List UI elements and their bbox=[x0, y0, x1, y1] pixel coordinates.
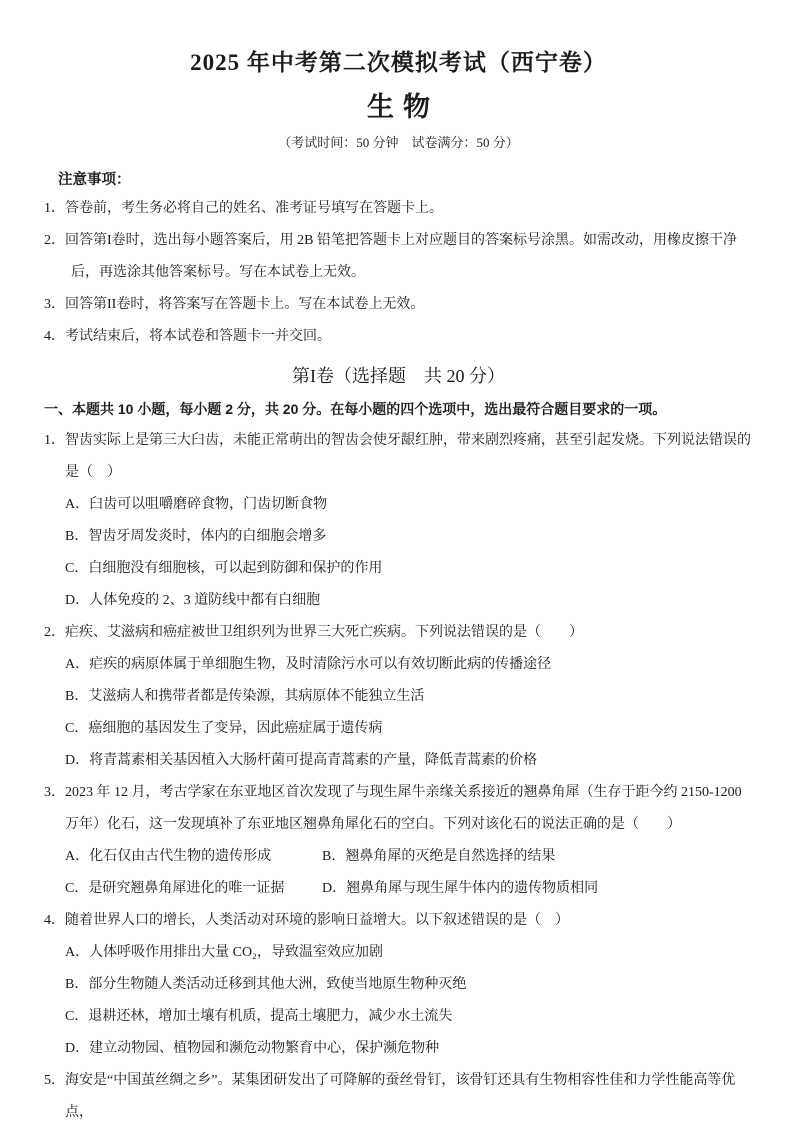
question-3: 3．2023 年 12 月，考古学家在东亚地区首次发现了与现生犀牛亲缘关系接近的… bbox=[44, 777, 753, 905]
question-2-option-c: C．癌细胞的基因发生了变异，因此癌症属于遗传病 bbox=[65, 713, 753, 745]
question-1-option-c: C．白细胞没有细胞核，可以起到防御和保护的作用 bbox=[65, 553, 753, 585]
questions-section: 1．智齿实际上是第三大臼齿，未能正常萌出的智齿会使牙龈红肿，带来剧烈疼痛，甚至引… bbox=[44, 425, 753, 1122]
question-2-option-a: A．疟疾的病原体属于单细胞生物，及时清除污水可以有效切断此病的传播途径 bbox=[65, 649, 753, 681]
question-5: 5．海安是“中国茧丝绸之乡”。某集团研发出了可降解的蚕丝骨钉，该骨钉还具有生物相… bbox=[44, 1065, 753, 1122]
question-2-options: A．疟疾的病原体属于单细胞生物，及时清除污水可以有效切断此病的传播途径 B．艾滋… bbox=[44, 649, 753, 777]
notice-item-2: 2．回答第I卷时，选出每小题答案后，用 2B 铅笔把答题卡上对应题目的答案标号涂… bbox=[44, 225, 753, 289]
question-3-option-b: B．翘鼻角犀的灭绝是自然选择的结果 bbox=[322, 841, 753, 873]
question-5-stem: 5．海安是“中国茧丝绸之乡”。某集团研发出了可降解的蚕丝骨钉，该骨钉还具有生物相… bbox=[44, 1065, 753, 1122]
exam-paper: 2025 年中考第二次模拟考试（西宁卷） 生物 （考试时间：50 分钟 试卷满分… bbox=[0, 0, 793, 1122]
exam-title: 2025 年中考第二次模拟考试（西宁卷） bbox=[44, 46, 753, 79]
question-1: 1．智齿实际上是第三大臼齿，未能正常萌出的智齿会使牙龈红肿，带来剧烈疼痛，甚至引… bbox=[44, 425, 753, 617]
question-2-stem: 2．疟疾、艾滋病和癌症被世卫组织列为世界三大死亡疾病。下列说法错误的是（ ） bbox=[44, 617, 753, 649]
exam-info: （考试时间：50 分钟 试卷满分：50 分） bbox=[44, 133, 753, 153]
section1-instructions: 一、本题共 10 小题，每小题 2 分，共 20 分。在每小题的四个选项中，选出… bbox=[44, 393, 753, 425]
question-3-stem: 3．2023 年 12 月，考古学家在东亚地区首次发现了与现生犀牛亲缘关系接近的… bbox=[44, 777, 753, 841]
notices-heading: 注意事项： bbox=[58, 167, 753, 193]
question-4-option-d: D．建立动物园、植物园和濒危动物繁育中心，保护濒危物种 bbox=[65, 1033, 753, 1065]
question-3-options: A．化石仅由古代生物的遗传形成 B．翘鼻角犀的灭绝是自然选择的结果 C．是研究翘… bbox=[65, 841, 753, 905]
question-3-option-a: A．化石仅由古代生物的遗传形成 bbox=[65, 841, 322, 873]
notice-item-4: 4．考试结束后，将本试卷和答题卡一并交回。 bbox=[44, 321, 753, 353]
question-1-option-a: A．臼齿可以咀嚼磨碎食物，门齿切断食物 bbox=[65, 489, 753, 521]
question-2-option-b: B．艾滋病人和携带者都是传染源，其病原体不能独立生活 bbox=[65, 681, 753, 713]
notice-item-3: 3．回答第II卷时，将答案写在答题卡上。写在本试卷上无效。 bbox=[44, 289, 753, 321]
question-1-option-b: B．智齿牙周发炎时，体内的白细胞会增多 bbox=[65, 521, 753, 553]
question-4-option-b: B．部分生物随人类活动迁移到其他大洲，致使当地原生物种灭绝 bbox=[65, 969, 753, 1001]
notices-section: 注意事项： 1．答卷前，考生务必将自己的姓名、准考证号填写在答题卡上。 2．回答… bbox=[44, 167, 753, 353]
question-3-option-c: C．是研究翘鼻角犀进化的唯一证据 bbox=[65, 873, 322, 905]
notice-item-1: 1．答卷前，考生务必将自己的姓名、准考证号填写在答题卡上。 bbox=[44, 193, 753, 225]
exam-subject: 生物 bbox=[44, 87, 753, 127]
question-2-option-d: D．将青蒿素相关基因植入大肠杆菌可提高青蒿素的产量，降低青蒿素的价格 bbox=[65, 745, 753, 777]
question-4-option-c: C．退耕还林，增加土壤有机质，提高土壤肥力，减少水土流失 bbox=[65, 1001, 753, 1033]
question-4-options: A．人体呼吸作用排出大量 CO₂，导致温室效应加剧 B．部分生物随人类活动迁移到… bbox=[44, 937, 753, 1065]
question-1-option-d: D．人体免疫的 2、3 道防线中都有白细胞 bbox=[65, 585, 753, 617]
question-4-stem: 4．随着世界人口的增长，人类活动对环境的影响日益增大。以下叙述错误的是（ ） bbox=[44, 905, 753, 937]
question-3-option-d: D．翘鼻角犀与现生犀牛体内的遗传物质相同 bbox=[322, 873, 753, 905]
section1-heading: 第I卷（选择题 共 20 分） bbox=[44, 361, 753, 391]
question-4: 4．随着世界人口的增长，人类活动对环境的影响日益增大。以下叙述错误的是（ ） A… bbox=[44, 905, 753, 1065]
question-4-option-a: A．人体呼吸作用排出大量 CO₂，导致温室效应加剧 bbox=[65, 937, 753, 969]
question-1-stem: 1．智齿实际上是第三大臼齿，未能正常萌出的智齿会使牙龈红肿，带来剧烈疼痛，甚至引… bbox=[44, 425, 753, 489]
question-2: 2．疟疾、艾滋病和癌症被世卫组织列为世界三大死亡疾病。下列说法错误的是（ ） A… bbox=[44, 617, 753, 777]
question-1-options: A．臼齿可以咀嚼磨碎食物，门齿切断食物 B．智齿牙周发炎时，体内的白细胞会增多 … bbox=[44, 489, 753, 617]
